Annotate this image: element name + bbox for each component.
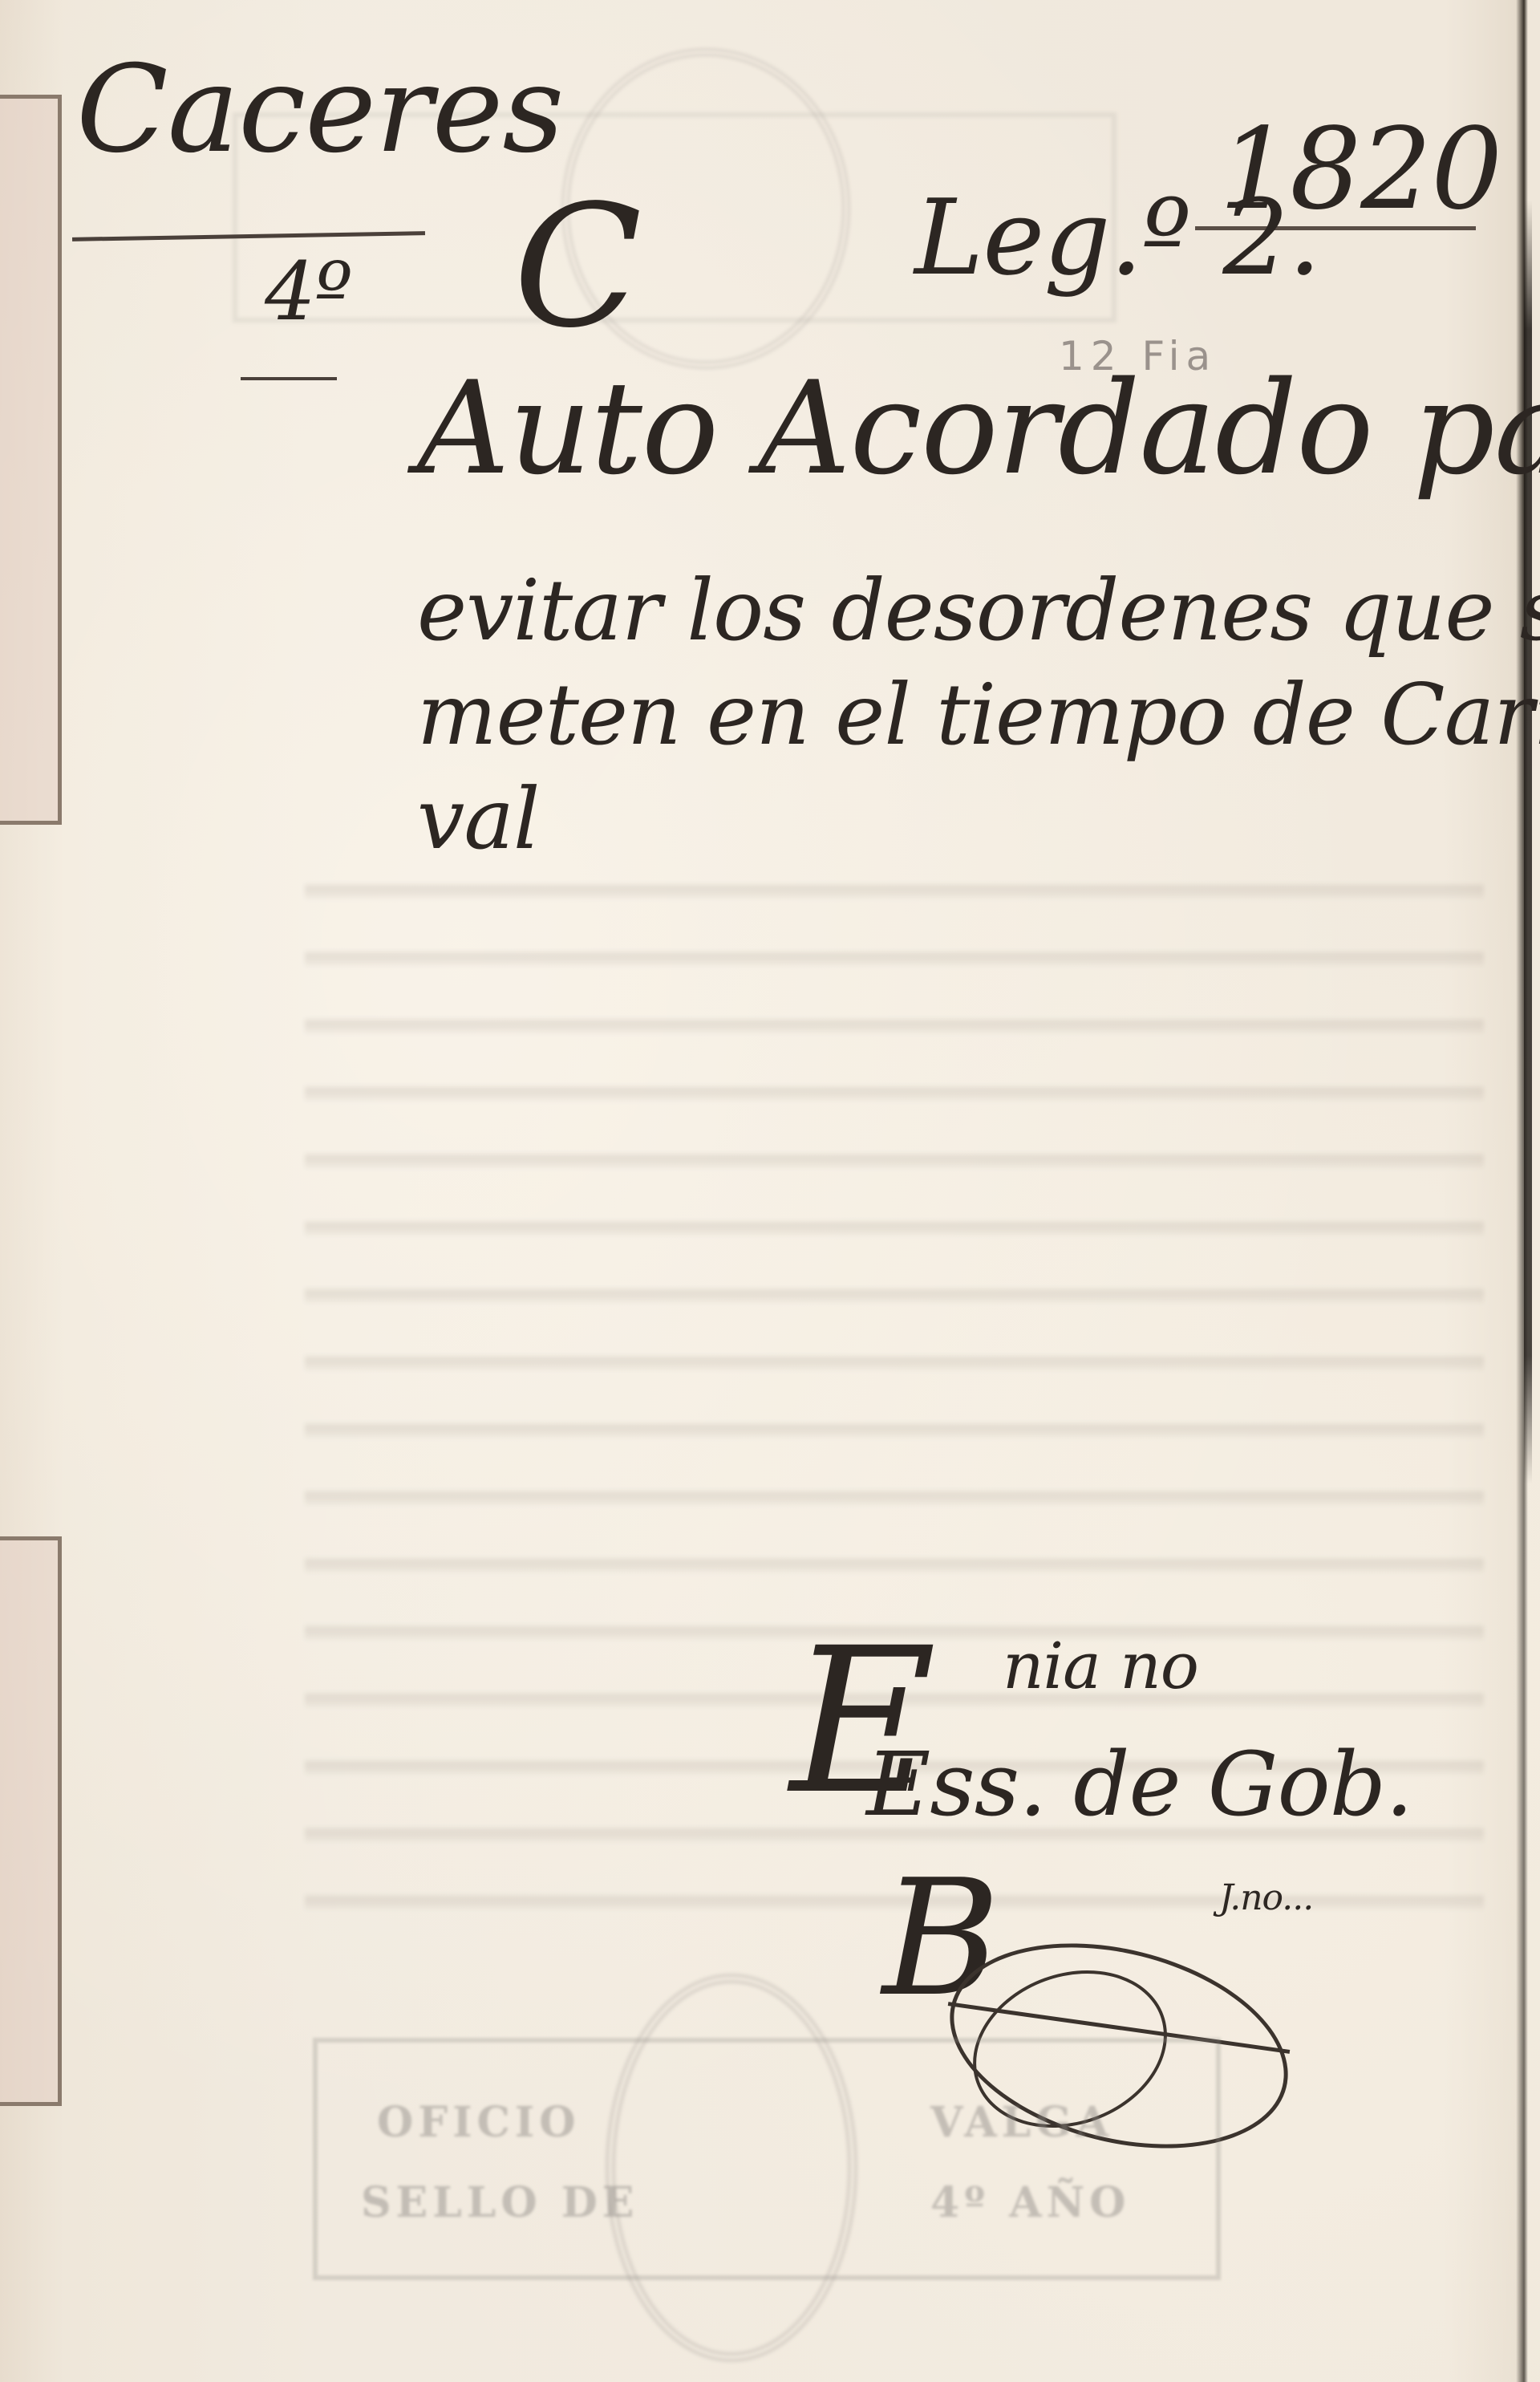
- signature-rubric-note: J.no...: [1219, 1877, 1313, 1918]
- title-line-1: Auto Acordado para: [417, 353, 1540, 503]
- binding-tab-top: [0, 95, 62, 825]
- title-line-3: meten en el tiempo de Carna -: [417, 666, 1540, 764]
- stamp-seal: [606, 1974, 857, 2362]
- bundle-number: Leg.º 2.: [914, 177, 1320, 298]
- place-number: 4º: [265, 245, 352, 339]
- title-line-4: val: [417, 770, 540, 868]
- stamp-text-left-2: SELLO DE: [361, 2178, 638, 2227]
- place-name: Caceres: [76, 40, 563, 180]
- title-line-2: evitar los desordenes que se co: [417, 562, 1540, 659]
- manuscript-page: Caceres 4º 1820 C Leg.º 2. 12 Fia Auto A…: [0, 0, 1540, 2382]
- stamp-text-left-1: OFICIO: [377, 2098, 581, 2147]
- signature-superscript: nia no: [1003, 1629, 1198, 1703]
- signature-line: Ess. de Gob.: [866, 1733, 1412, 1836]
- binding-tab-bottom: [0, 1536, 62, 2106]
- stamp-text-right-1: VALGA: [930, 2098, 1113, 2147]
- initial-flourish: C: [513, 168, 642, 365]
- stamp-text-right-2: 4º AÑO: [930, 2178, 1130, 2227]
- number-underline: [241, 377, 337, 380]
